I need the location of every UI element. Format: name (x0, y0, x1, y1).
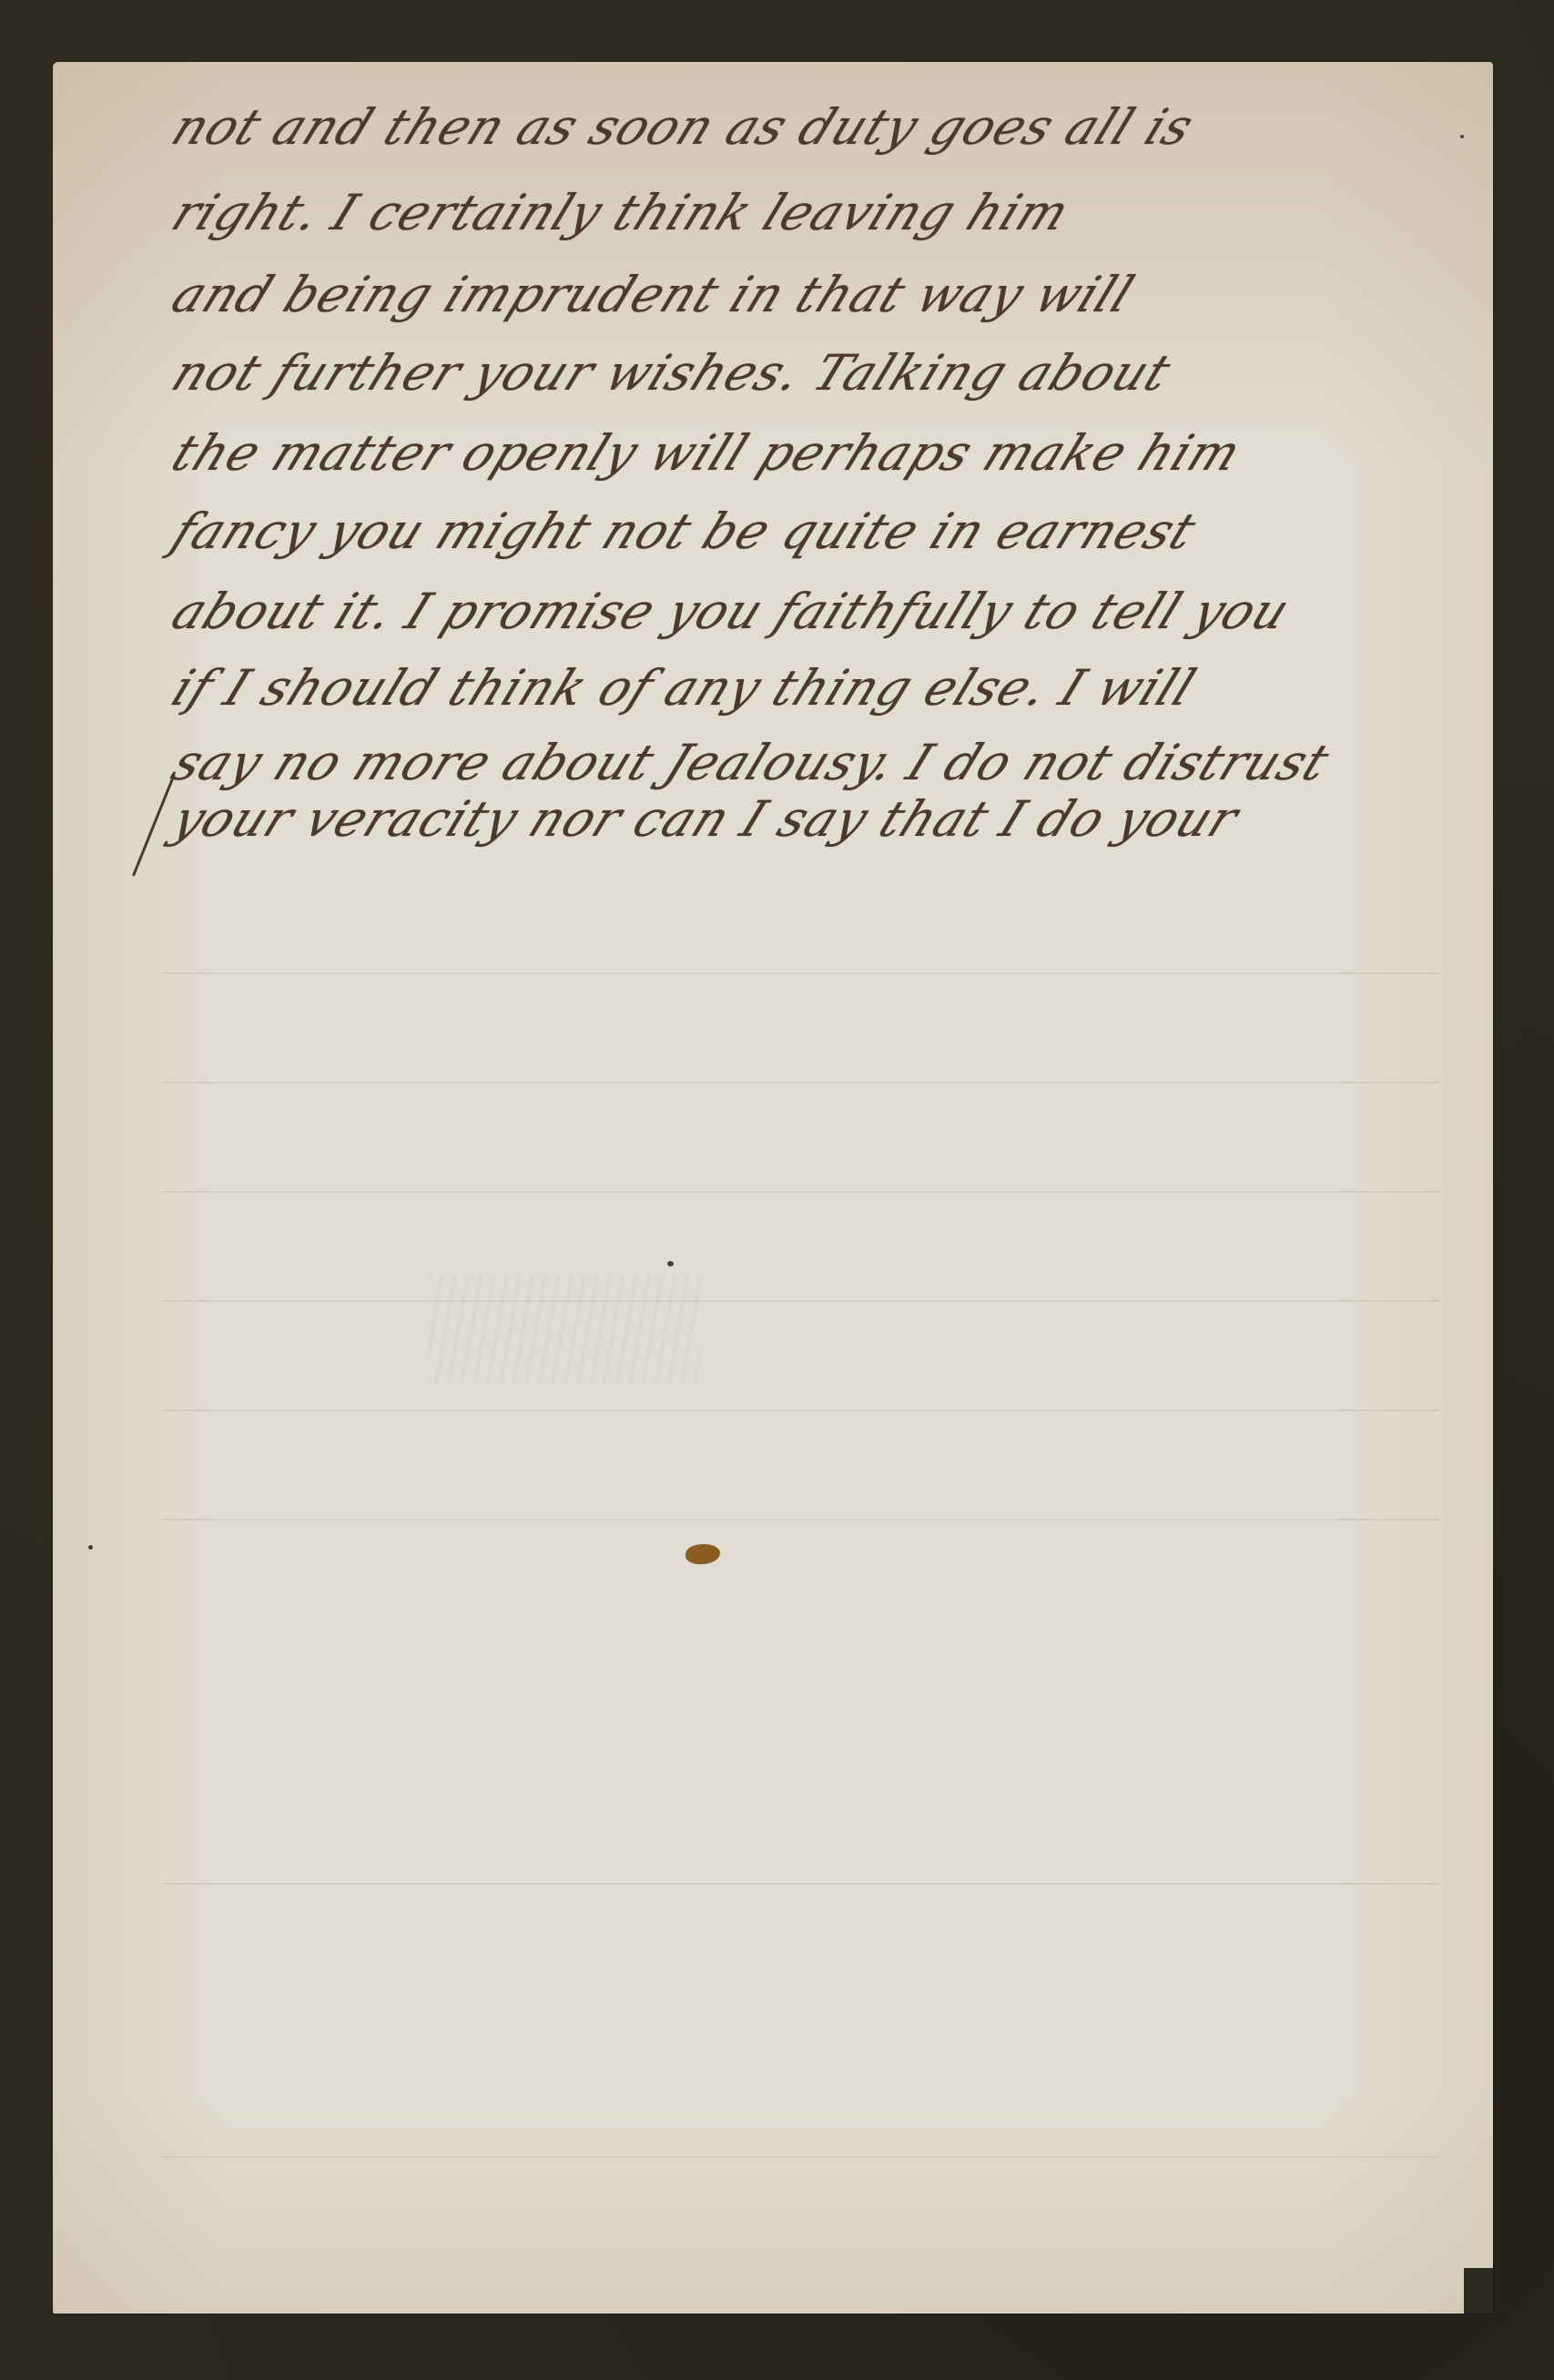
paper-crease (162, 1519, 1438, 1521)
text-line: and being imprudent in that way will (164, 266, 1143, 323)
paper-crease (162, 972, 1438, 974)
text-line: if I should think of any thing else. I w… (164, 659, 1204, 717)
text-line: fancy you might not be quite in earnest (164, 503, 1205, 560)
paper-crease (162, 1300, 1438, 1302)
text-line: about it. I promise you faithfully to te… (164, 583, 1299, 640)
paper-crease (162, 1191, 1438, 1193)
text-line: not further your wishes. Talking about (164, 344, 1180, 402)
text-line: not and then as soon as duty goes all is (164, 98, 1203, 156)
ink-dot (88, 1545, 93, 1550)
text-line: right. I certainly think leaving him (164, 184, 1079, 241)
text-line: say no more about Jealousy. I do not dis… (164, 734, 1338, 791)
paper-crease (162, 1409, 1438, 1411)
torn-corner (1464, 2268, 1493, 2314)
paper-crease (162, 2156, 1438, 2158)
paper-crease (162, 1082, 1438, 1083)
ink-dot (667, 1261, 674, 1266)
text-line: your veracity nor can I say that I do yo… (164, 790, 1247, 848)
text-line: the matter openly will perhaps make him (164, 424, 1250, 482)
ink-dot (1460, 135, 1464, 138)
paper-crease (162, 1883, 1438, 1885)
bleed-through-marks (428, 1275, 701, 1384)
